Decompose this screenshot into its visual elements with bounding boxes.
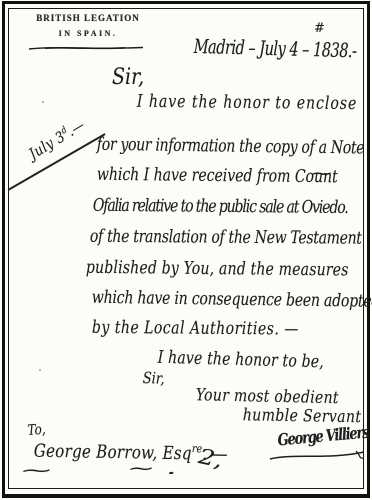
dateline: Madrid – July 4 – 1838.- [193, 38, 356, 62]
pen-squiggle: ~ . [127, 461, 177, 477]
body-line: by the Local Authorities. — [92, 319, 299, 338]
letterhead-rule-flourish [27, 44, 145, 52]
closing-line: I have the honor to be, [158, 349, 325, 371]
line-filler-flourish: ~ [309, 167, 334, 182]
letterhead: BRITISH LEGATION IN SPAIN. [28, 13, 148, 38]
addressee-to: To, [27, 422, 46, 438]
body-line: which have in consequence been adopted [92, 289, 372, 311]
body-line: for your information the copy of a Note [97, 136, 365, 157]
salutation: Sir, [112, 66, 144, 89]
pen-squiggle: ~ [19, 463, 54, 479]
letter-page: BRITISH LEGATION IN SPAIN. July 3d.— # M… [0, 0, 372, 500]
margin-date-note: July 3d.— [26, 116, 88, 162]
body-line: which I have received from Count [97, 166, 338, 186]
letterhead-line1: BRITISH LEGATION [28, 13, 148, 23]
closing-line: Sir, [142, 371, 165, 387]
signature: George Villiers [277, 425, 369, 449]
closing-line: humble Servant [243, 407, 362, 426]
pen-squiggle: 2, [197, 446, 225, 472]
scan-speck [42, 101, 44, 103]
date-asterisk-mark: # [314, 22, 325, 35]
body-line: Ofalia relative to the public sale at Ov… [93, 197, 348, 217]
signature-underline-flourish [268, 450, 368, 462]
margin-note-suffix: .— [64, 115, 88, 139]
body-line: of the translation of the New Testament [90, 228, 362, 247]
body-line: I have the honor to enclose [137, 93, 358, 113]
closing-line: Your most obedient [196, 387, 339, 407]
scan-speck [39, 369, 41, 371]
letterhead-line2: IN SPAIN. [28, 29, 148, 38]
body-line: published by You, and the measures [86, 259, 349, 279]
